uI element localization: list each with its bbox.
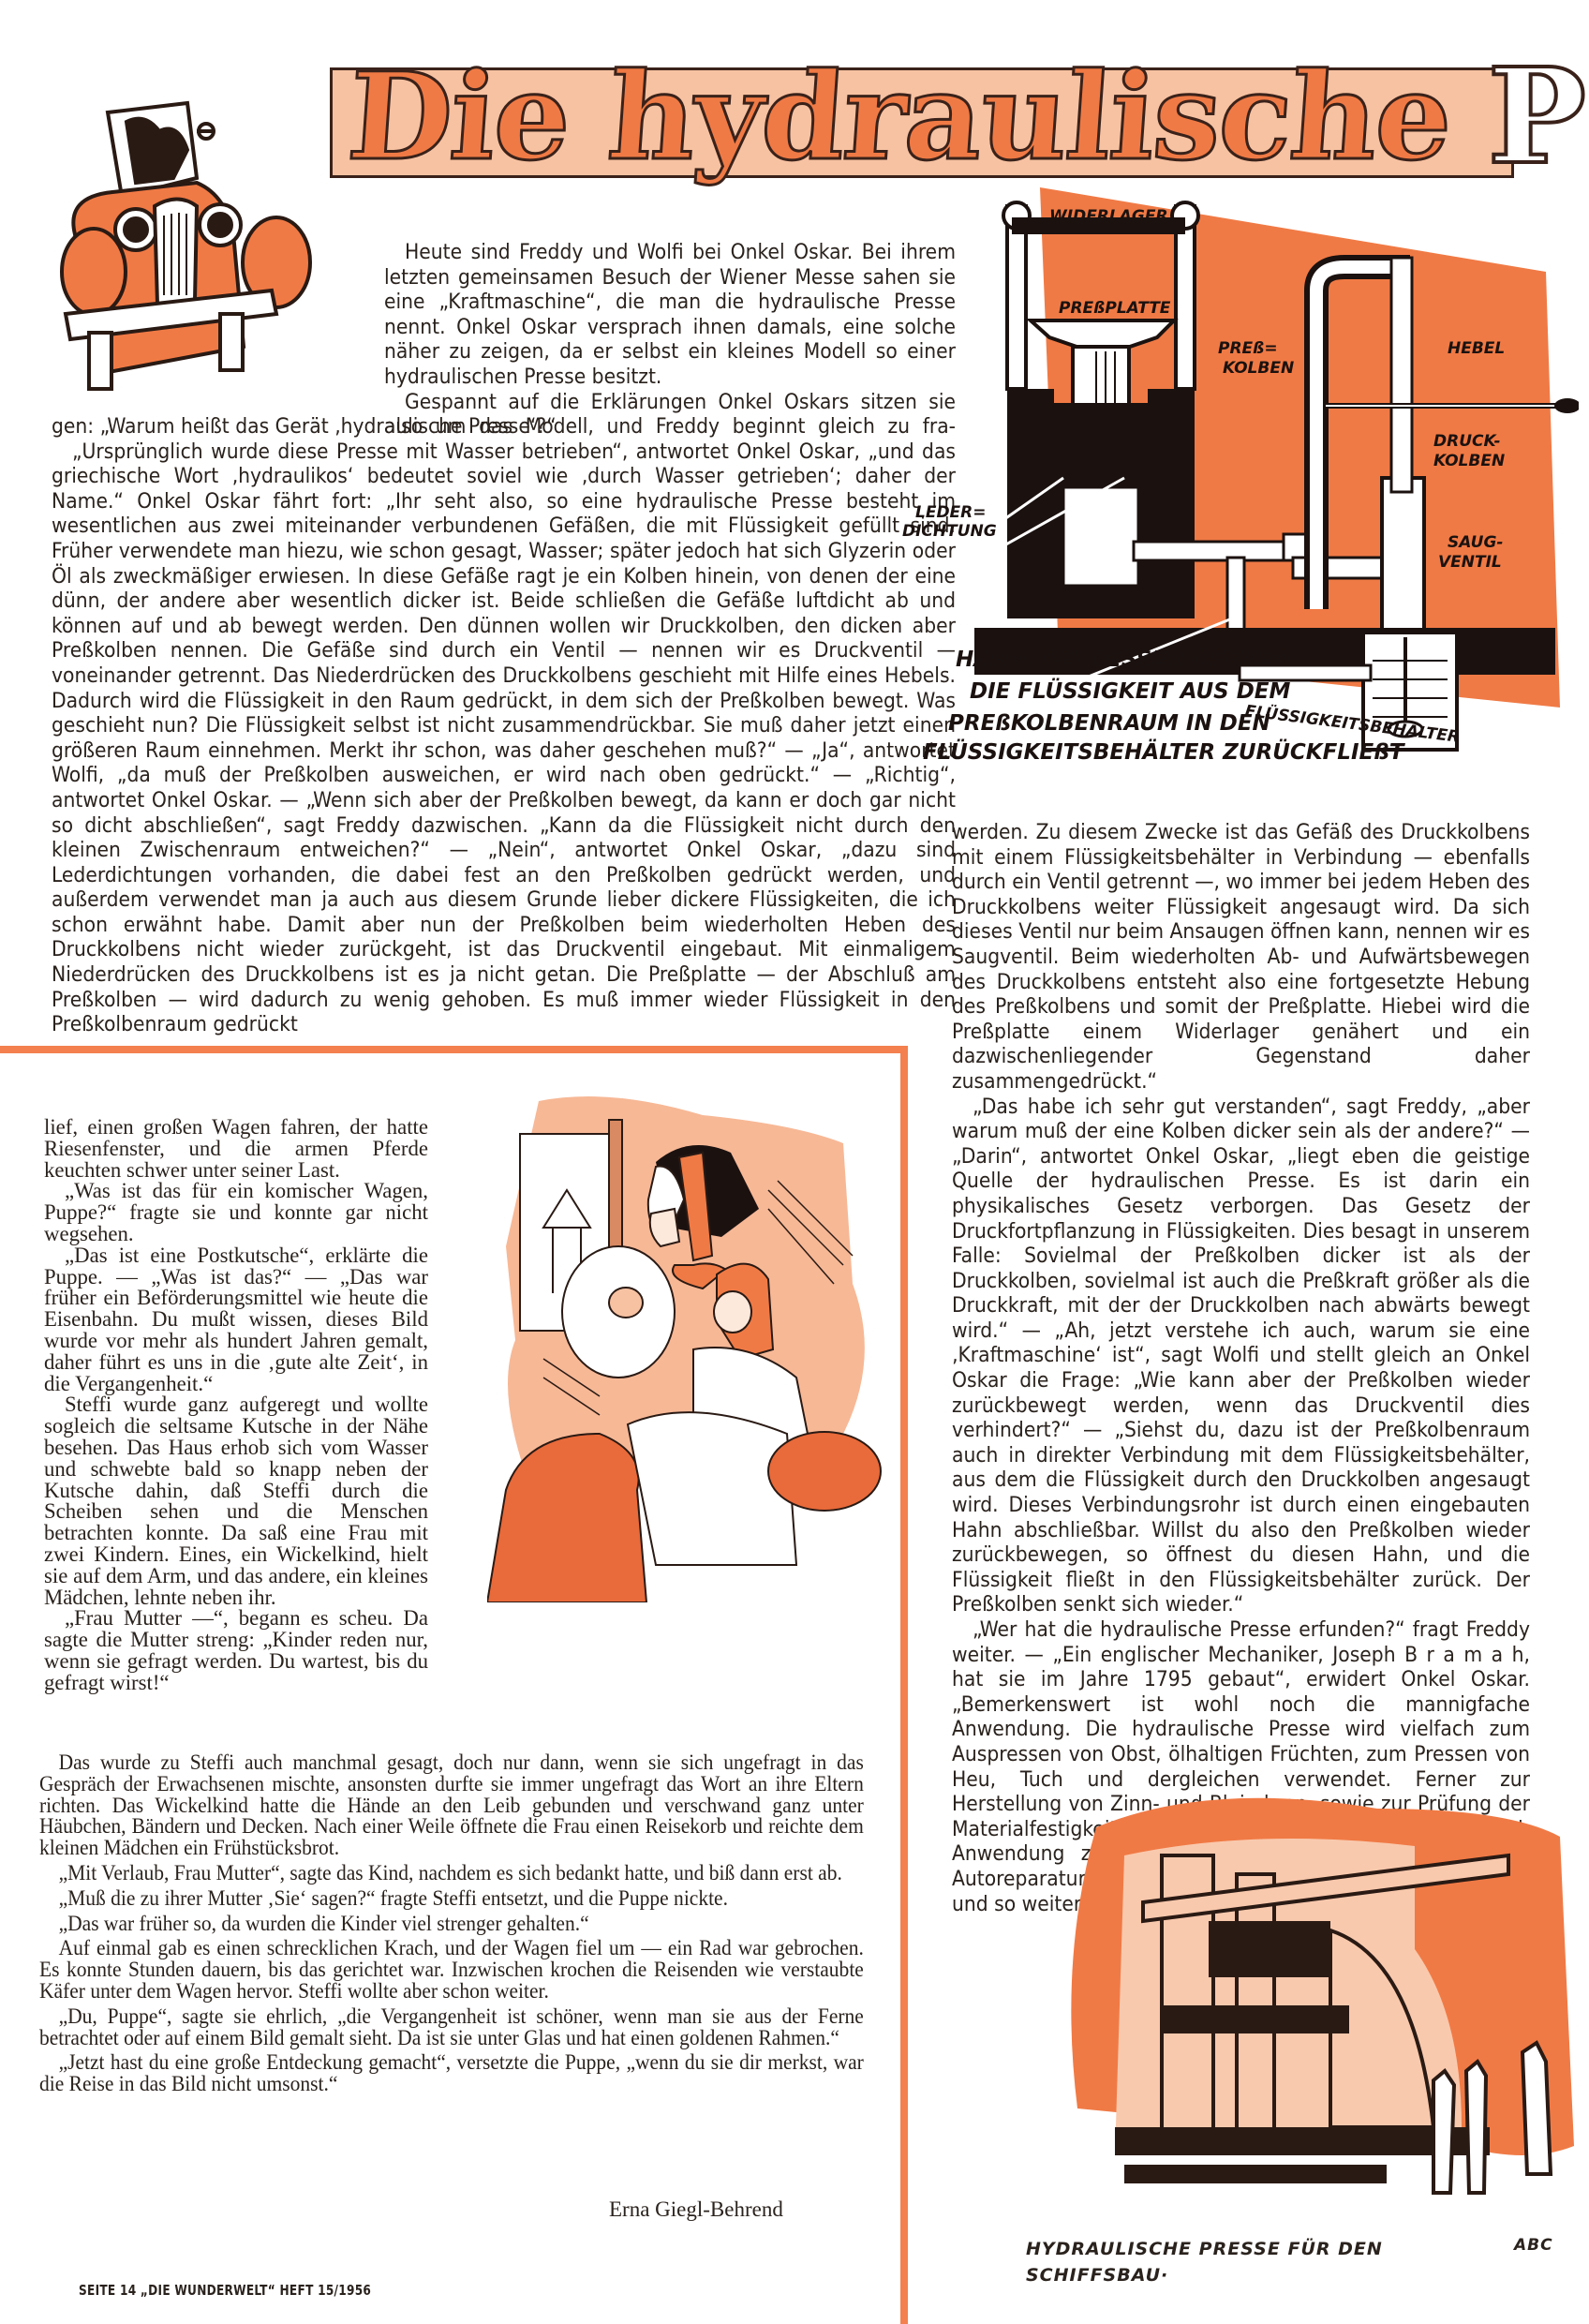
label-presskolben-1: PREß= (1218, 340, 1278, 358)
diagram-caption-line: HAHN, BEI DESSEN ÖFFNEN (956, 644, 1290, 676)
story-paragraph: „Das war früher so, da wurden die Kinder… (39, 1914, 864, 1935)
label-pressplatte: PREßPLATTE (1059, 300, 1170, 318)
story-frame-right-border (900, 1046, 908, 2324)
article-main-text: gen: „Warum heißt das Gerät ‚hydraulisch… (52, 414, 956, 1037)
label-saugventil-1: SAUG- (1448, 534, 1503, 552)
story-paragraph: „Muß die zu ihrer Mutter ‚Sie‘ sagen?“ f… (39, 1888, 864, 1910)
story-frame-top-border (0, 1046, 907, 1053)
story-paragraph: Das wurde zu Steffi auch manchmal gesagt… (39, 1752, 864, 1859)
story-paragraph: Steffi wurde ganz aufgeregt und wollte s… (44, 1394, 428, 1608)
story-paragraph: „Frau Mutter —“, begann es scheu. Da sag… (44, 1608, 428, 1693)
label-druckkolben-2: KOLBEN (1433, 453, 1505, 470)
vintage-car-illustration (56, 94, 356, 403)
diagram-caption-line: PREßKOLBENRAUM IN DEN (948, 708, 1270, 739)
article-intro: Heute sind Freddy und Wolfi bei Onkel Os… (384, 240, 956, 439)
story-wide-text: Das wurde zu Steffi auch manchmal gesagt… (39, 1752, 864, 2099)
story-paragraph: lief, einen großen Wagen fahren, der hat… (44, 1117, 428, 1181)
label-hebel: HEBEL (1448, 340, 1505, 358)
diagram-caption-line: FLÜSSIGKEITSBEHÄLTER ZURÜCKFLIEßT (923, 737, 1403, 768)
shipbuilding-press-illustration (1021, 1771, 1574, 2221)
article-paragraph: werden. Zu diesem Zwecke ist das Gefäß d… (952, 820, 1530, 1095)
article-paragraph: gen: „Warum heißt das Gerät ‚hydraulisch… (52, 414, 956, 439)
story-paragraph: „Jetzt hast du eine große Entdeckung gem… (39, 2052, 864, 2095)
story-paragraph: „Das ist eine Postkutsche“, erklärte die… (44, 1245, 428, 1395)
page-footer: SEITE 14 „DIE WUNDERWELT“ HEFT 15/1956 (79, 2282, 371, 2299)
label-druckkolben-1: DRUCK- (1433, 433, 1501, 451)
diagram-caption-line: DIE FLÜSSIGKEIT AUS DEM (970, 676, 1290, 708)
title-part-2: PRESSE (1488, 52, 1589, 183)
story-paragraph: Auf einmal gab es einen schrecklichen Kr… (39, 1938, 864, 2002)
illustration-credit: ABC (1514, 2236, 1553, 2255)
story-paragraph: „Du, Puppe“, sagte sie ehrlich, „die Ver… (39, 2006, 864, 2049)
article-paragraph: „Ursprünglich wurde diese Presse mit Was… (52, 439, 956, 1037)
story-author: Erna Giegl-Behrend (609, 2197, 783, 2222)
title-part-1: Die hydraulische (345, 57, 1455, 177)
label-lederdichtung-2: DICHTUNG (902, 523, 997, 541)
story-paragraph: „Was ist das für ein komischer Wagen, Pu… (44, 1181, 428, 1244)
mother-children-illustration (487, 1078, 899, 1602)
ship-illustration-caption: HYDRAULISCHE PRESSE FÜR DEN SCHIFFSBAU· (1026, 2236, 1457, 2288)
ship-caption-line-2: SCHIFFSBAU· (1026, 2262, 1457, 2288)
article-paragraph: „Das habe ich sehr gut verstanden“, sagt… (952, 1095, 1530, 1617)
hydraulic-press-diagram: WIDERLAGER PREßPLATTE PREß= KOLBEN HEBEL… (923, 169, 1579, 759)
label-lederdichtung-1: LEDER= (915, 504, 987, 522)
story-paragraph: „Mit Verlaub, Frau Mutter“, sagte das Ki… (39, 1863, 864, 1885)
intro-paragraph: Heute sind Freddy und Wolfi bei Onkel Os… (384, 240, 956, 390)
ship-caption-line-1: HYDRAULISCHE PRESSE FÜR DEN (1026, 2236, 1457, 2262)
label-widerlager: WIDERLAGER (1049, 208, 1168, 226)
story-narrow-column: lief, einen großen Wagen fahren, der hat… (44, 1117, 428, 1694)
label-presskolben-2: KOLBEN (1223, 360, 1294, 378)
label-saugventil-2: VENTIL (1438, 554, 1502, 572)
